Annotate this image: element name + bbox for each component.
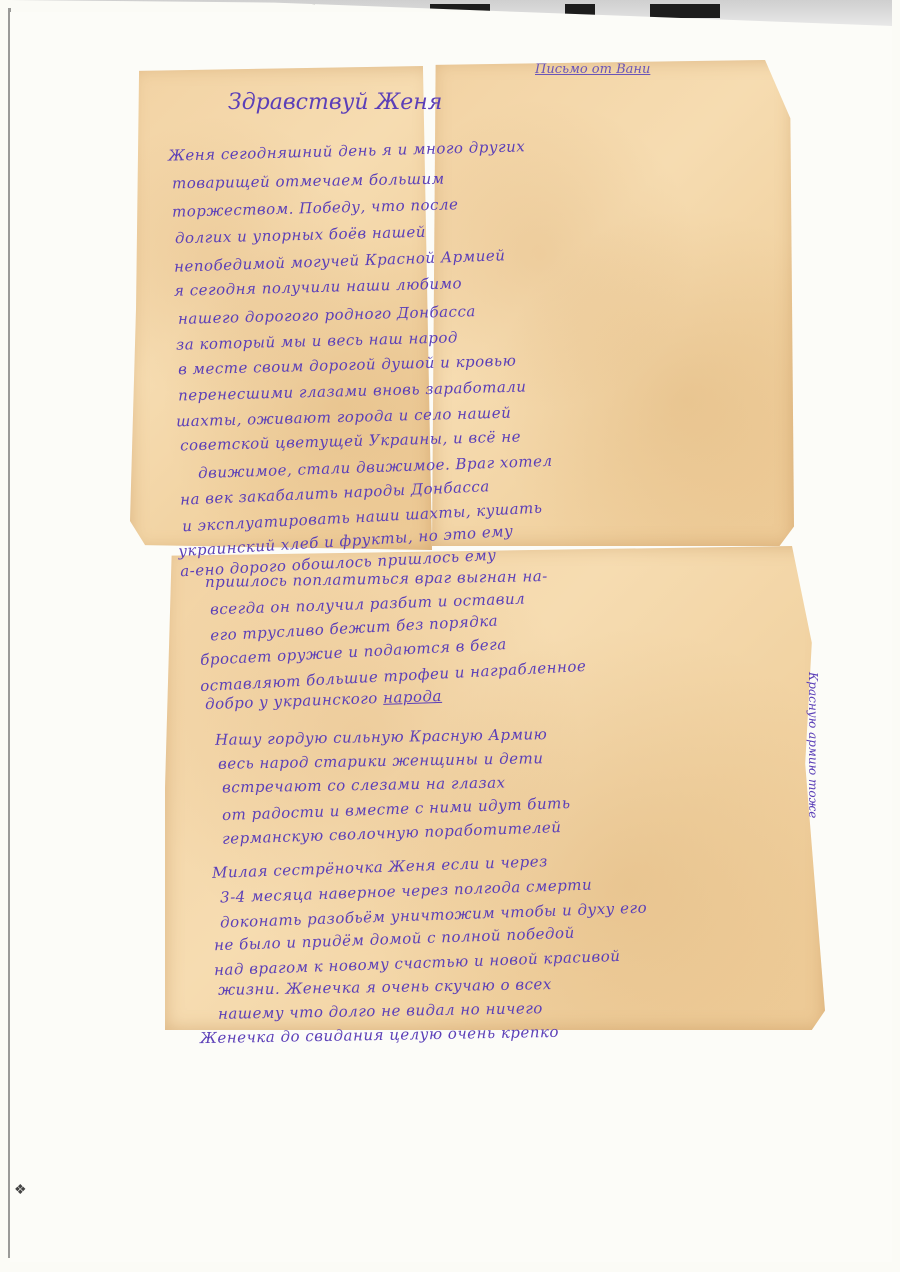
margin-note: Красную армию тоже xyxy=(806,672,820,818)
header-note: Письмо от Вани xyxy=(535,62,650,77)
letter-greeting: Здравствуй Женя xyxy=(228,90,442,115)
scan-smudge: ❖ xyxy=(14,1182,27,1198)
scanner-mark xyxy=(650,4,720,18)
underlined-word: народа xyxy=(383,687,442,707)
paper-piece-top-right xyxy=(432,60,794,546)
